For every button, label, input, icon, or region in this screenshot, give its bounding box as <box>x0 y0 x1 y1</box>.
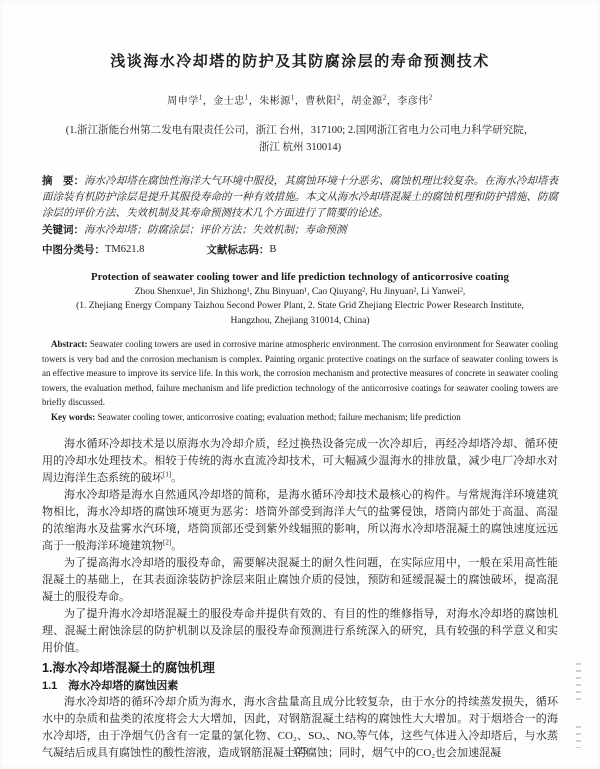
body-paragraph-3: 为了提高海水冷却塔的服役寿命，需要解决混凝土的耐久性问题，在实际应用中，一般在采… <box>42 555 558 606</box>
keywords-zh: 关键词：海水冷却塔；防腐涂层；评价方法；失效机制；寿命预测 <box>42 222 558 239</box>
doc-code-value: B <box>269 242 276 258</box>
affiliation-en-line2: Hangzhou, Zhejiang 310014, China) <box>42 314 558 329</box>
author-line-zh: 周申学1，金士忠1，朱彬源1，曹秋阳2，胡金源2，李彦伟2 <box>42 92 558 107</box>
author-zh: 胡金源2， <box>351 96 397 107</box>
author-zh: 曹秋阳2， <box>305 96 351 107</box>
body-text: 海水循环冷却技术是以原海水为冷却介质，经过换热设备完成一次冷却后，再经冷却塔冷却… <box>42 436 558 762</box>
author-line-en: Zhou Shenxue¹, Jin Shizhong¹, Zhu Binyua… <box>42 287 558 297</box>
paper-title-en: Protection of seawater cooling tower and… <box>42 271 558 283</box>
reference-marker-1: [1] <box>163 470 171 478</box>
reference-marker-2: [2] <box>163 538 171 546</box>
author-zh: 李彦伟2 <box>397 96 433 107</box>
paper-content: 浅谈海水冷却塔的防护及其防腐涂层的寿命预测技术 周申学1，金士忠1，朱彬源1，曹… <box>0 0 600 762</box>
abstract-en-label: Abstract: <box>51 339 88 349</box>
clc-label: 中图分类号： <box>42 242 105 258</box>
body-paragraph-4: 为了提升海水冷却塔混凝土的服役寿命并提供有效的、有目的性的维修指导，对海水冷却塔… <box>42 606 558 657</box>
keywords-en-label: Key words: <box>51 412 95 422</box>
affiliation-zh-line2: 浙江 杭州 310014) <box>42 139 558 156</box>
abstract-en-text: Seawater cooling towers are used in corr… <box>42 339 558 407</box>
affiliation-en: (1. Zhejiang Energy Company Taizhou Seco… <box>42 299 558 329</box>
keywords-en: Key words: Seawater cooling tower, antic… <box>42 410 558 425</box>
body-paragraph-2: 海水冷却塔是海水自然通风冷却塔的简称，是海水循环冷却技术最核心的构件。与常规海洋… <box>42 487 558 555</box>
author-zh: 朱彬源1， <box>259 96 305 107</box>
doc-code-label: 文献标志码： <box>206 242 269 258</box>
scan-artifact-top <box>576 663 581 705</box>
clc-value: TM621.8 <box>105 242 144 258</box>
abstract-zh-label: 摘 要： <box>42 175 84 187</box>
keywords-zh-label: 关键词： <box>42 224 84 236</box>
abstract-en: Abstract: Seawater cooling towers are us… <box>42 337 558 410</box>
paper-page: 浅谈海水冷却塔的防护及其防腐涂层的寿命预测技术 周申学1，金士忠1，朱彬源1，曹… <box>0 0 600 769</box>
affiliation-zh: (1.浙江浙能台州第二发电有限责任公司，浙江 台州，317100; 2.国网浙江… <box>42 122 558 156</box>
keywords-en-text: Seawater cooling tower, anticorrosive co… <box>95 412 461 422</box>
section-heading-1-1: 1.1 海水冷却塔的腐蚀因素 <box>42 678 558 694</box>
clc-spacer <box>144 242 206 258</box>
classification-row: 中图分类号： TM621.8 文献标志码： B <box>42 242 558 258</box>
paper-title-zh: 浅谈海水冷却塔的防护及其防腐涂层的寿命预测技术 <box>42 50 558 71</box>
affiliation-en-line1: (1. Zhejiang Energy Company Taizhou Seco… <box>42 299 558 314</box>
keywords-zh-text: 海水冷却塔；防腐涂层；评价方法；失效机制；寿命预测 <box>84 225 347 236</box>
section-heading-1: 1.海水冷却塔混凝土的腐蚀机理 <box>42 660 558 677</box>
page-number: 125 <box>0 746 600 757</box>
affiliation-zh-line1: (1.浙江浙能台州第二发电有限责任公司，浙江 台州，317100; 2.国网浙江… <box>42 122 558 139</box>
abstract-zh: 摘 要：海水冷却塔在腐蚀性海洋大气环境中服役，其腐蚀环境十分恶劣、腐蚀机理比较复… <box>42 173 558 222</box>
scan-artifact-bottom <box>576 726 581 748</box>
abstract-zh-text: 海水冷却塔在腐蚀性海洋大气环境中服役，其腐蚀环境十分恶劣、腐蚀机理比较复杂。在海… <box>42 176 558 219</box>
author-zh: 周申学1， <box>167 96 213 107</box>
author-zh: 金士忠1， <box>213 96 259 107</box>
body-paragraph-1: 海水循环冷却技术是以原海水为冷却介质，经过换热设备完成一次冷却后，再经冷却塔冷却… <box>42 436 558 487</box>
